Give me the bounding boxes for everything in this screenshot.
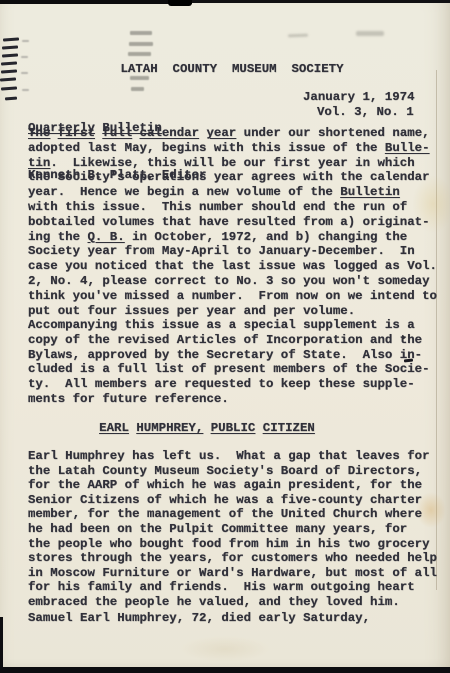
scan-edge-bottom (0, 667, 450, 673)
masthead-date: January 1, 1974 (303, 90, 415, 104)
paragraph-1: The first full calendar year under our s… (28, 126, 437, 318)
masthead-volume: Vol. 3, No. 1 (317, 105, 414, 119)
paper-stain (180, 636, 270, 662)
faint-smudge (356, 31, 384, 36)
scan-edge-left (0, 617, 3, 671)
paragraph-4: Samuel Earl Humphrey, 72, died early Sat… (28, 611, 370, 626)
scan-edge-top-thick (0, 0, 192, 4)
paragraph-3: Earl Humphrey has left us. What a gap th… (28, 449, 437, 610)
scan-edge-top-blob (168, 0, 192, 6)
paragraph-2: Accompanying this issue as a special sup… (28, 318, 430, 407)
scanned-bulletin-page: LATAH COUNTY MUSEUM SOCIETY Quarterly Bu… (0, 0, 450, 673)
document-title: LATAH COUNTY MUSEUM SOCIETY (0, 62, 450, 76)
faint-smudge (288, 34, 308, 38)
section-heading: EARL HUMPHREY, PUBLIC CITIZEN (0, 421, 414, 436)
